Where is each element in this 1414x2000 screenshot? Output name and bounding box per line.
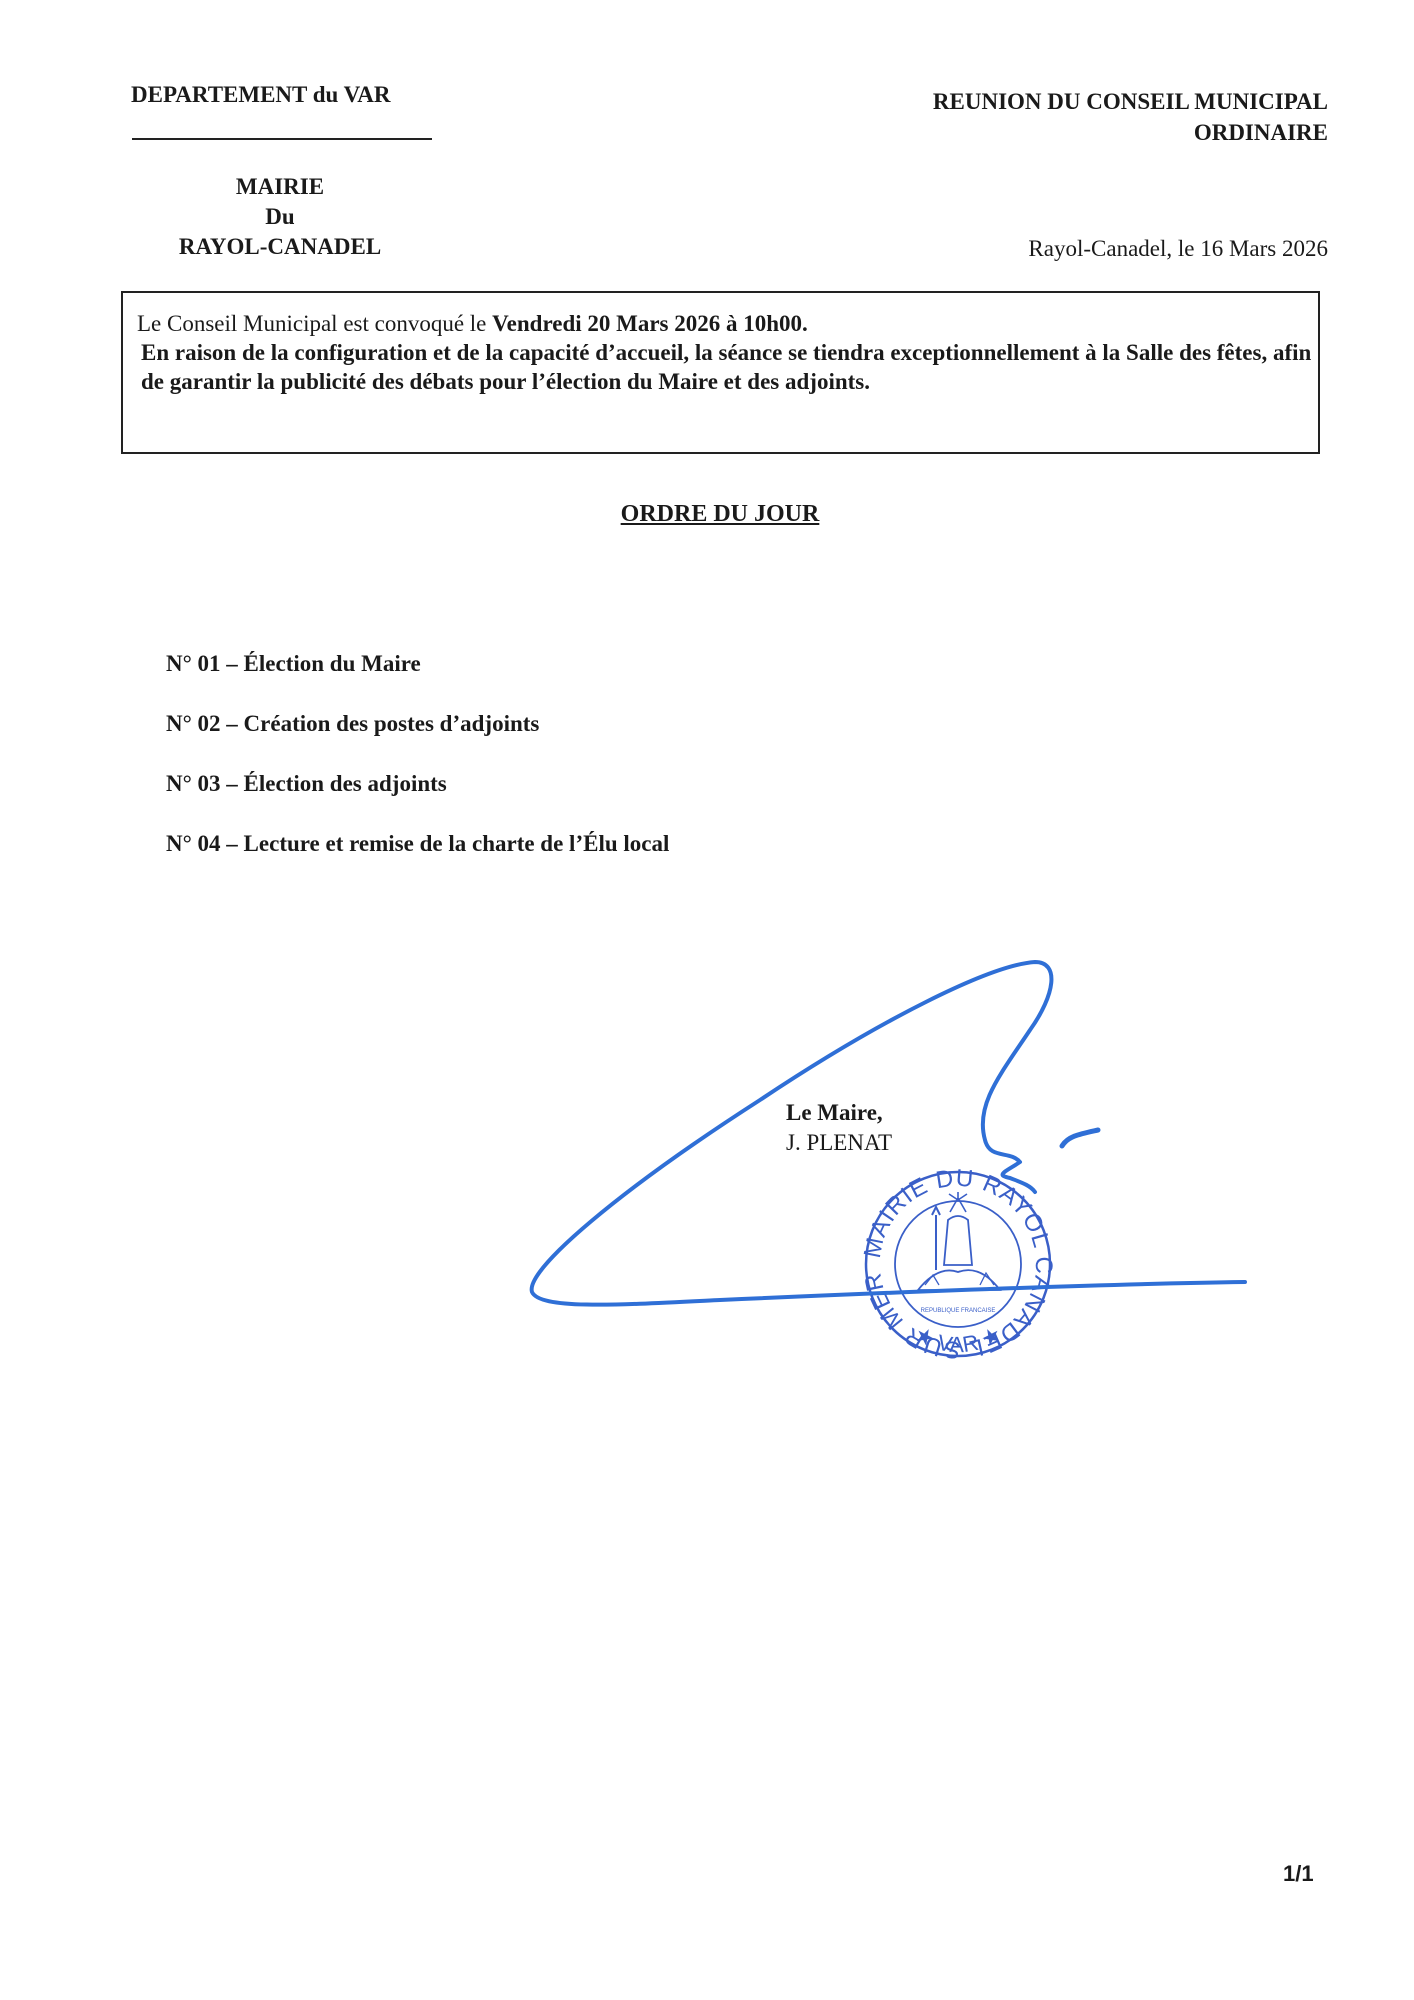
official-stamp-icon: MAIRIE DU RAYOL CANADEL SUR MER ★ VAR ★ … bbox=[859, 1165, 1057, 1364]
signature-mark bbox=[1062, 1130, 1098, 1146]
page-number: 1/1 bbox=[1283, 1861, 1314, 1887]
signatory-name: J. PLENAT bbox=[786, 1130, 892, 1156]
signatory-title: Le Maire, bbox=[786, 1100, 883, 1126]
svg-text:REPUBLIQUE FRANCAISE: REPUBLIQUE FRANCAISE bbox=[921, 1308, 996, 1314]
signature-graphic: MAIRIE DU RAYOL CANADEL SUR MER ★ VAR ★ … bbox=[0, 0, 1414, 2000]
